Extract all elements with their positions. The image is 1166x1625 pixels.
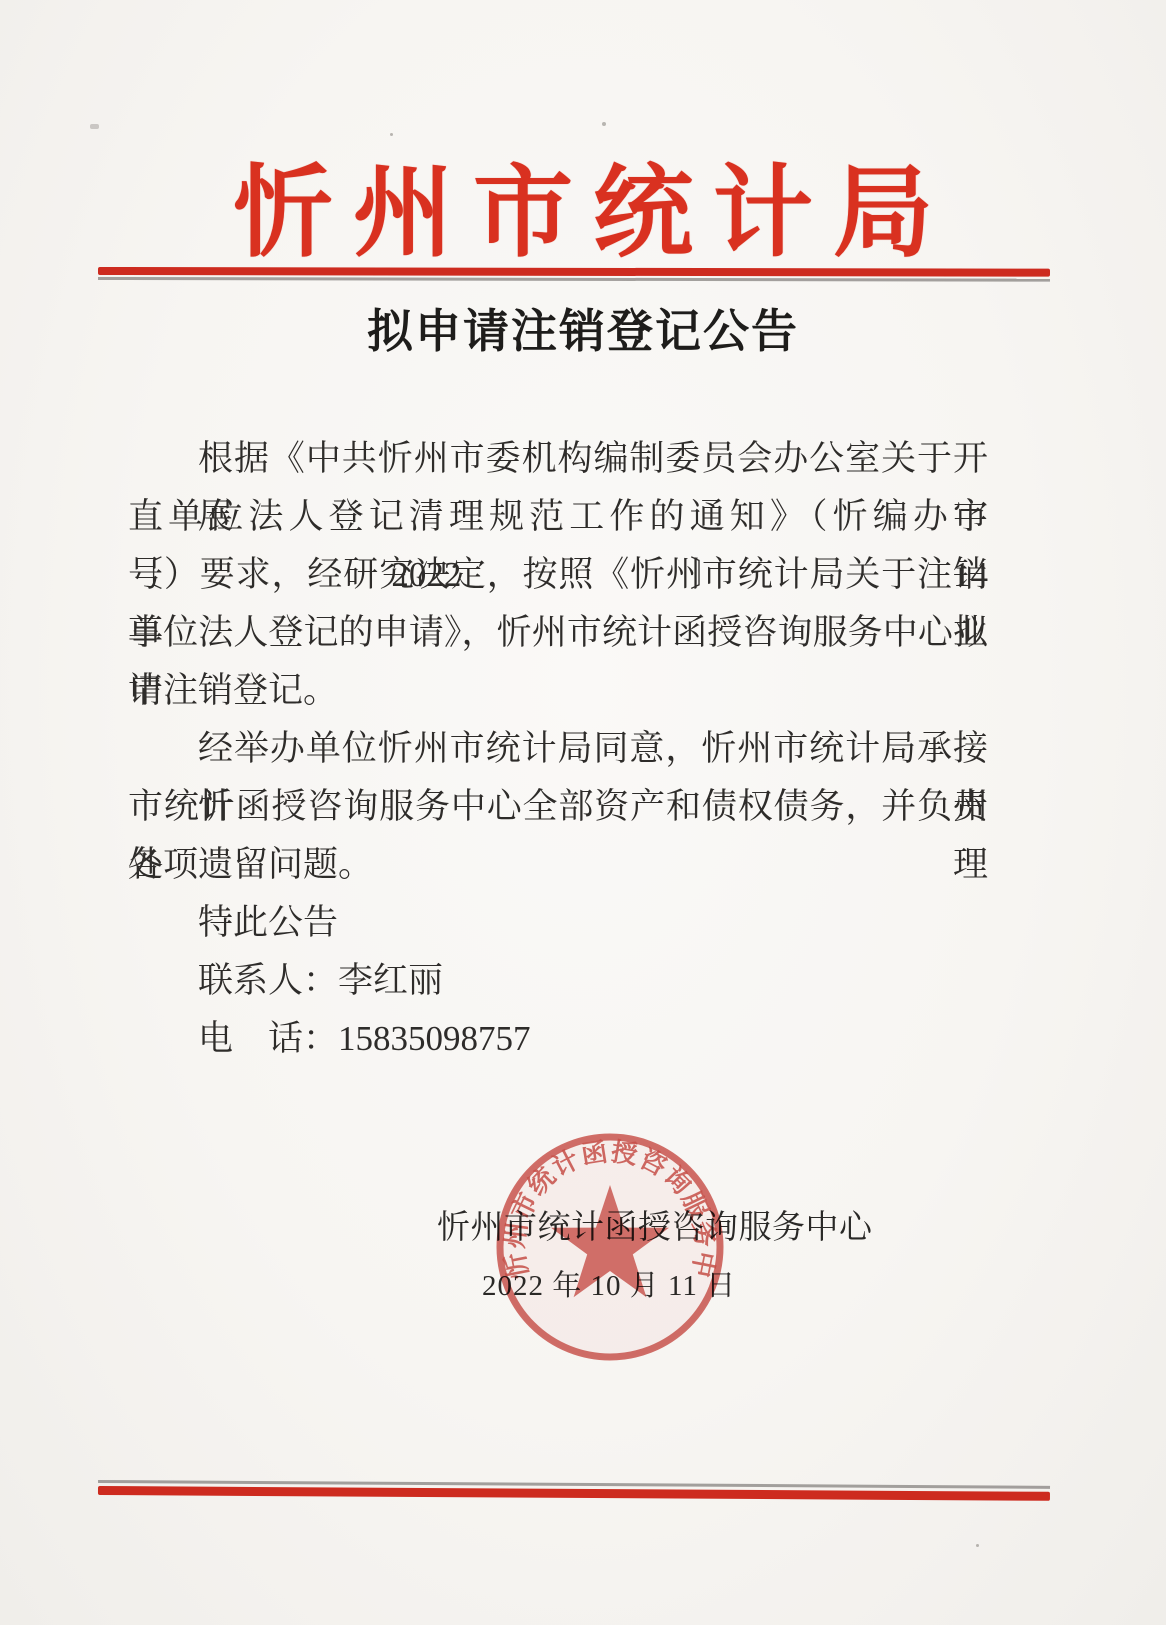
rule-red-line xyxy=(98,1486,1050,1501)
body-line: 单位法人登记的申请》，忻州市统计函授咨询服务中心拟申 xyxy=(128,604,988,662)
scan-speck xyxy=(90,124,99,129)
document-title: 拟申请注销登记公告 xyxy=(0,303,1166,359)
body-line: 联系人：李红丽 xyxy=(128,952,988,1010)
letterhead-rule xyxy=(98,267,1050,282)
body-line: 直单位法人登记清理规范工作的通知》（忻编办字〔2022〕14 xyxy=(128,488,988,546)
body-line: 经举办单位忻州市统计局同意，忻州市统计局承接忻州 xyxy=(128,720,988,778)
footer-rule xyxy=(98,1480,1050,1501)
body-line: 市统计函授咨询服务中心全部资产和债权债务，并负责处理 xyxy=(128,778,988,836)
body-text: 根据《中共忻州市委机构编制委员会办公室关于开展市直单位法人登记清理规范工作的通知… xyxy=(128,430,988,1068)
letterhead-title: 忻州市统计局 xyxy=(0,132,1166,276)
scan-speck xyxy=(602,122,606,126)
body-line: 特此公告 xyxy=(128,894,988,952)
scan-speck xyxy=(390,133,393,136)
scan-speck xyxy=(976,1544,979,1547)
document-page: 忻州市统计局 拟申请注销登记公告 根据《中共忻州市委机构编制委员会办公室关于开展… xyxy=(0,0,1166,1625)
rule-gray-line xyxy=(98,277,1050,282)
body-line: 电 话：15835098757 xyxy=(128,1010,988,1068)
body-line: 号）要求，经研究决定，按照《忻州市统计局关于注销事业 xyxy=(128,546,988,604)
body-line: 请注销登记。 xyxy=(128,662,988,720)
official-seal-stamp: 忻州市统计函授咨询服务中心 xyxy=(488,1124,732,1368)
body-line: 根据《中共忻州市委机构编制委员会办公室关于开展市 xyxy=(128,430,988,488)
rule-red-line xyxy=(98,267,1050,277)
